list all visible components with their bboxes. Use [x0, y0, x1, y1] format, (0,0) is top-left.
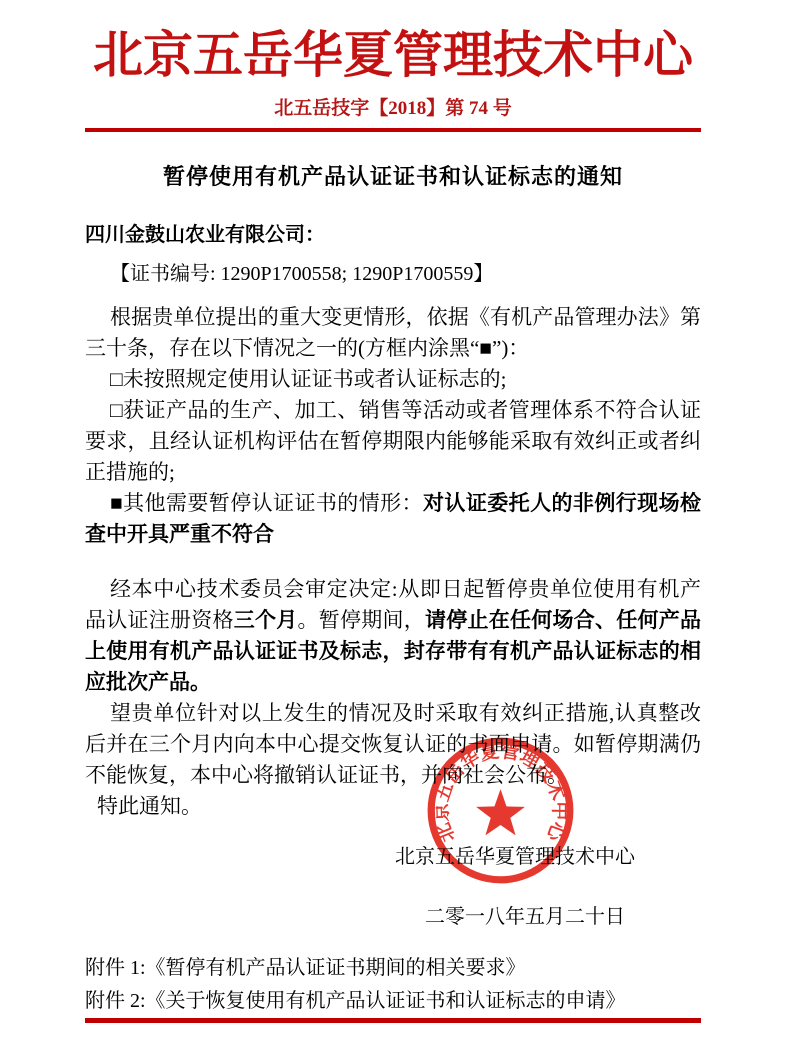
decision-paragraph: 经本中心技术委员会审定决定:从即日起暂停贵单位使用有机产品认证注册资格三个月。暂… [85, 574, 701, 698]
document-page: 北京五岳华夏管理技术中心 北五岳技字【2018】第 74 号 暂停使用有机产品认… [0, 0, 786, 1059]
decision-run-3: 。暂停期间， [298, 608, 426, 632]
official-seal: 北京五岳华夏管理技术中心 [424, 734, 577, 887]
decision-run-2-bold: 三个月 [234, 608, 298, 632]
attachment-2: 附件 2:《关于恢复使用有机产品认证证书和认证标志的申请》 [85, 985, 701, 1018]
advice-paragraph: 望贵单位针对以上发生的情况及时采取有效纠正措施,认真整改后并在三个月内向本中心提… [85, 698, 701, 791]
doc-title: 暂停使用有机产品认证证书和认证标志的通知 [85, 162, 701, 192]
option-text-2: 获证产品的生产、加工、销售等活动或者管理体系不符合认证要求，且经认证机构评估在暂… [85, 398, 701, 484]
option-text-3-prefix: 其他需要暂停认证证书的情形： [123, 491, 423, 515]
checkbox-checked-icon: ■ [110, 491, 123, 515]
addressee-line: 四川金鼓山农业有限公司： [85, 220, 701, 251]
org-title: 北京五岳华夏管理技术中心 [85, 24, 701, 86]
option-line-1: □未按照规定使用认证证书或者认证标志的; [85, 364, 701, 395]
option-line-3: ■其他需要暂停认证证书的情形：对认证委托人的非例行现场检查中开具严重不符合 [85, 488, 701, 550]
checkbox-unchecked-icon: □ [110, 367, 123, 391]
attachment-1: 附件 1:《暂停有机产品认证证书期间的相关要求》 [85, 952, 701, 985]
footer-red-rule [85, 1018, 701, 1023]
certificate-numbers: 【证书编号: 1290P1700558; 1290P1700559】 [85, 259, 701, 290]
option-line-2: □获证产品的生产、加工、销售等活动或者管理体系不符合认证要求，且经认证机构评估在… [85, 395, 701, 488]
signature-block: 北京五岳华夏管理技术中心 二零一八年五月二十日 [85, 822, 701, 952]
signature-date: 二零一八年五月二十日 [425, 905, 625, 929]
checkbox-unchecked-icon: □ [110, 398, 123, 422]
header-red-rule [85, 128, 701, 132]
option-text-1: 未按照规定使用认证证书或者认证标志的; [123, 367, 507, 391]
closing-line: 特此通知。 [85, 791, 701, 822]
star-icon [476, 789, 525, 835]
intro-paragraph: 根据贵单位提出的重大变更情形，依据《有机产品管理办法》第三十条，存在以下情况之一… [85, 302, 701, 364]
doc-number: 北五岳技字【2018】第 74 号 [85, 96, 701, 122]
